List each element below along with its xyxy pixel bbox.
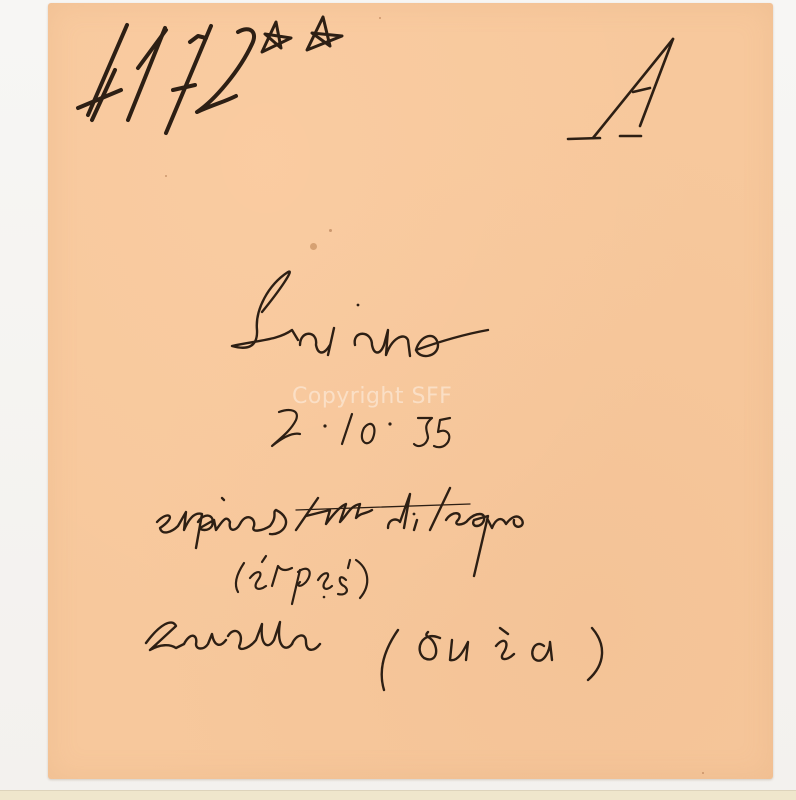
copyright-watermark: Copyright SFF [292,384,452,409]
paper-speck [329,229,332,232]
mount-edge [0,790,796,800]
paper-speck [310,243,317,250]
scan-background: 4172 ** A Daiano 3·10·35 erpice tutto di… [0,0,796,800]
paper-speck [379,17,381,19]
paper-speck [702,772,704,774]
paper-speck [165,175,167,177]
